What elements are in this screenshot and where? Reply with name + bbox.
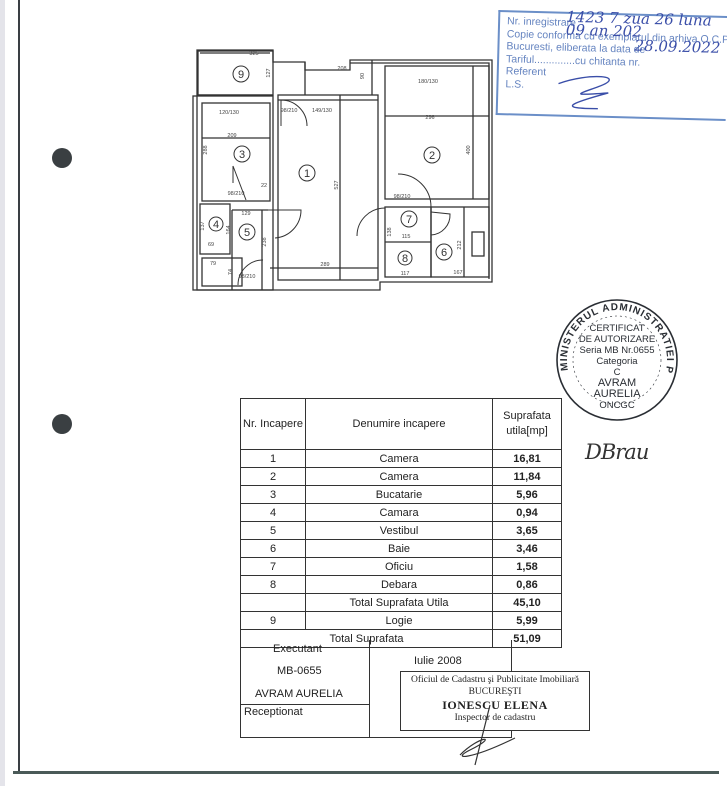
ocpi-stamp: Oficiul de Cadastru şi Publicitate Imobi… xyxy=(400,671,590,731)
cell-name: Camera xyxy=(306,450,493,468)
rooms-table: Nr. Incapere Denumire incapere Suprafata… xyxy=(240,398,562,648)
cell-nr: 3 xyxy=(241,486,306,504)
cell-name: Baie xyxy=(306,540,493,558)
total-utila-label: Total Suprafata Utila xyxy=(306,594,493,612)
stamp-series: Seria MB Nr.0655 xyxy=(553,345,681,356)
table-header: Nr. Incapere Denumire incapere Suprafata… xyxy=(241,399,562,450)
cell-name: Vestibul xyxy=(306,522,493,540)
svg-text:117: 117 xyxy=(401,271,410,277)
table-row: 8Debara0,86 xyxy=(241,576,562,594)
cell-name: Camera xyxy=(306,468,493,486)
svg-text:4: 4 xyxy=(213,219,219,231)
svg-text:149/130: 149/130 xyxy=(312,108,332,114)
cell-nr: 4 xyxy=(241,504,306,522)
table-row-total-utila: Total Suprafata Utila 45,10 xyxy=(241,594,562,612)
header-denumire: Denumire incapere xyxy=(306,399,493,450)
stamp-certificate: CERTIFICAT xyxy=(553,323,681,334)
svg-text:98/210: 98/210 xyxy=(394,194,411,200)
svg-text:98/210: 98/210 xyxy=(281,108,298,114)
svg-text:120/130: 120/130 xyxy=(219,110,239,116)
svg-text:69: 69 xyxy=(208,242,214,248)
executant-label: Executant xyxy=(273,643,322,655)
svg-text:167: 167 xyxy=(453,270,462,276)
svg-text:8: 8 xyxy=(402,253,408,265)
executant-name: AVRAM AURELIA xyxy=(255,688,343,700)
cell-area: 1,58 xyxy=(493,558,562,576)
registration-stamp: Nr. inregistrare Copie conforma cu exemp… xyxy=(496,10,727,121)
svg-text:5: 5 xyxy=(244,227,250,239)
logie-name: Logie xyxy=(306,612,493,630)
header-nr: Nr. Incapere xyxy=(241,399,306,450)
svg-text:325: 325 xyxy=(249,51,258,57)
stamp-category-label: Categoria xyxy=(553,356,681,367)
svg-text:3: 3 xyxy=(239,149,245,161)
svg-text:527: 527 xyxy=(334,180,340,189)
table-row: 5Vestibul3,65 xyxy=(241,522,562,540)
cell-area: 0,86 xyxy=(493,576,562,594)
executant-code: MB-0655 xyxy=(277,665,322,677)
cell-area: 16,81 xyxy=(493,450,562,468)
svg-text:138: 138 xyxy=(387,227,393,236)
svg-text:164: 164 xyxy=(226,225,232,234)
stamp-org: ONCGC xyxy=(553,400,681,411)
total-utila-area: 45,10 xyxy=(493,594,562,612)
svg-text:208: 208 xyxy=(337,66,346,72)
svg-text:2: 2 xyxy=(429,150,435,162)
cell-nr: 7 xyxy=(241,558,306,576)
svg-text:238: 238 xyxy=(262,237,268,246)
svg-text:137: 137 xyxy=(200,221,206,230)
receptionat-label: Receptionat xyxy=(244,706,303,718)
handwritten-signature xyxy=(498,12,727,123)
cell-nr: 2 xyxy=(241,468,306,486)
ocpi-office: Oficiul de Cadastru şi Publicitate Imobi… xyxy=(401,675,589,687)
cell-nr: 5 xyxy=(241,522,306,540)
table-row: 1Camera16,81 xyxy=(241,450,562,468)
header-suprafata: Suprafata utila[mp] xyxy=(493,399,562,450)
svg-text:127: 127 xyxy=(266,68,272,77)
table-row: 2Camera11,84 xyxy=(241,468,562,486)
cell-name: Camara xyxy=(306,504,493,522)
svg-text:288: 288 xyxy=(203,145,209,154)
logie-area: 5,99 xyxy=(493,612,562,630)
cell-name: Debara xyxy=(306,576,493,594)
svg-text:98/210: 98/210 xyxy=(239,274,256,280)
cell-name: Oficiu xyxy=(306,558,493,576)
svg-text:296: 296 xyxy=(425,115,434,121)
svg-text:90: 90 xyxy=(360,73,366,79)
table-row: 4Camara0,94 xyxy=(241,504,562,522)
svg-text:7: 7 xyxy=(406,214,412,226)
table-row: 6Baie3,46 xyxy=(241,540,562,558)
cell-nr: 8 xyxy=(241,576,306,594)
stamp-firstname: AURELIA xyxy=(553,389,681,400)
svg-text:212: 212 xyxy=(457,240,463,249)
document-date: Iulie 2008 xyxy=(414,655,462,667)
svg-text:22: 22 xyxy=(261,183,267,189)
cell-area: 5,96 xyxy=(493,486,562,504)
svg-text:209: 209 xyxy=(227,133,236,139)
table-row-logie: 9 Logie 5,99 xyxy=(241,612,562,630)
table-row: 3Bucatarie5,96 xyxy=(241,486,562,504)
svg-text:74: 74 xyxy=(228,269,234,275)
logie-nr: 9 xyxy=(241,612,306,630)
svg-text:129: 129 xyxy=(241,211,250,217)
cell-name: Bucatarie xyxy=(306,486,493,504)
ocpi-inspector-name: IONESCU ELENA xyxy=(401,698,589,713)
ocpi-inspector-title: Inspector de cadastru xyxy=(401,713,589,725)
cell-area: 3,65 xyxy=(493,522,562,540)
cell-area: 3,46 xyxy=(493,540,562,558)
svg-text:400: 400 xyxy=(466,145,472,154)
svg-text:115: 115 xyxy=(402,234,411,240)
svg-text:98/210: 98/210 xyxy=(228,191,245,197)
svg-text:1: 1 xyxy=(304,168,310,180)
cell-area: 0,94 xyxy=(493,504,562,522)
ocpi-city: BUCUREŞTI xyxy=(401,687,589,699)
svg-text:289: 289 xyxy=(320,262,329,268)
signature-right: DBrau xyxy=(585,440,648,464)
cell-nr: 1 xyxy=(241,450,306,468)
cell-area: 11,84 xyxy=(493,468,562,486)
svg-text:180/130: 180/130 xyxy=(418,79,438,85)
stamp-authorization: DE AUTORIZARE xyxy=(553,334,681,345)
svg-text:9: 9 xyxy=(238,69,244,81)
svg-text:79: 79 xyxy=(210,261,216,267)
table-row: 7Oficiu1,58 xyxy=(241,558,562,576)
cell-nr: 6 xyxy=(241,540,306,558)
authorization-stamp: MINISTERUL ADMINISTRATIEI PUBLICE CERTIF… xyxy=(553,296,681,424)
svg-text:6: 6 xyxy=(441,247,447,259)
